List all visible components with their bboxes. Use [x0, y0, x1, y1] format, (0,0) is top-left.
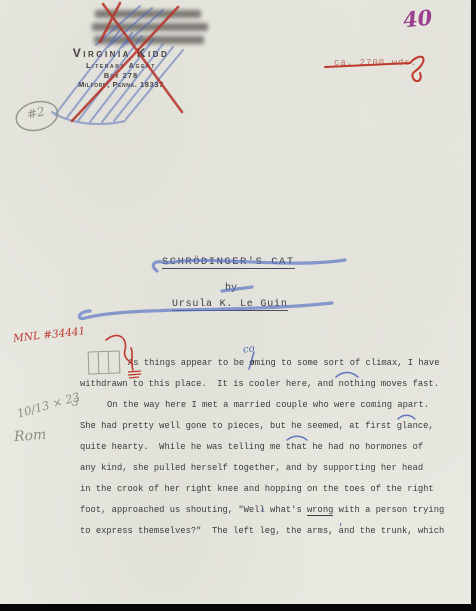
body-line: in the crook of her right knee and hoppi…	[80, 484, 434, 494]
inserted-letters-correction: co	[242, 343, 255, 356]
word-count-note: ca. 2700 wds.	[334, 58, 417, 68]
body-line: She had pretty well gone to pieces, but …	[80, 421, 434, 431]
capitalized-word: As	[128, 358, 139, 368]
redacted-address-line	[95, 10, 201, 18]
handwritten-page-number: 40	[402, 5, 434, 33]
body-text: ming to some sort of climax, I have	[255, 358, 440, 368]
body-text: with a person trying	[333, 505, 444, 515]
letterhead-city: Milford, Penna. 18337	[60, 80, 182, 89]
story-author: Ursula K. Le Guin	[172, 299, 288, 311]
indent-box-line	[108, 352, 110, 373]
body-text: what's	[265, 505, 307, 515]
body-line: any kind, she pulled herself together, a…	[80, 463, 423, 473]
pencil-indent-box	[88, 350, 121, 374]
body-line: As things appear to be øming to some sor…	[128, 358, 439, 368]
letterhead-name: Virginia Kidd	[60, 46, 182, 60]
underlined-word: wrong	[307, 505, 333, 516]
redacted-address-line	[92, 23, 208, 31]
letterhead-role: Literary Agent	[60, 61, 182, 70]
body-text: things appear to be	[139, 358, 250, 368]
redacted-address-line	[94, 36, 204, 44]
story-byline: by	[225, 283, 237, 294]
scanned-manuscript-page: Virginia Kidd Literary Agent Box 278 Mil…	[0, 0, 476, 611]
pencil-margin-mark: 3	[71, 395, 81, 409]
typeface-note: Rom	[13, 427, 46, 445]
circled-margin-note: #2	[26, 104, 46, 121]
red-margin-code: MNL #34441	[13, 325, 86, 345]
paper-sheet: Virginia Kidd Literary Agent Box 278 Mil…	[0, 0, 471, 604]
story-title: SCHRÖDINGER'S CAT	[162, 256, 295, 269]
body-line: On the way here I met a married couple w…	[107, 400, 429, 410]
scan-background-edge	[0, 604, 476, 611]
letterhead-box: Box 278	[60, 71, 182, 80]
body-line: quite hearty. While he was telling me th…	[80, 442, 423, 452]
body-line: to express themselves?" The left leg, th…	[80, 526, 444, 536]
scan-background-edge	[471, 0, 476, 611]
indent-box-line	[98, 352, 100, 373]
capitalize-underline	[128, 371, 141, 378]
body-text: foot, approached us shouting, "Well	[80, 505, 265, 515]
body-line: withdrawn to this place. It is cooler he…	[80, 379, 439, 389]
